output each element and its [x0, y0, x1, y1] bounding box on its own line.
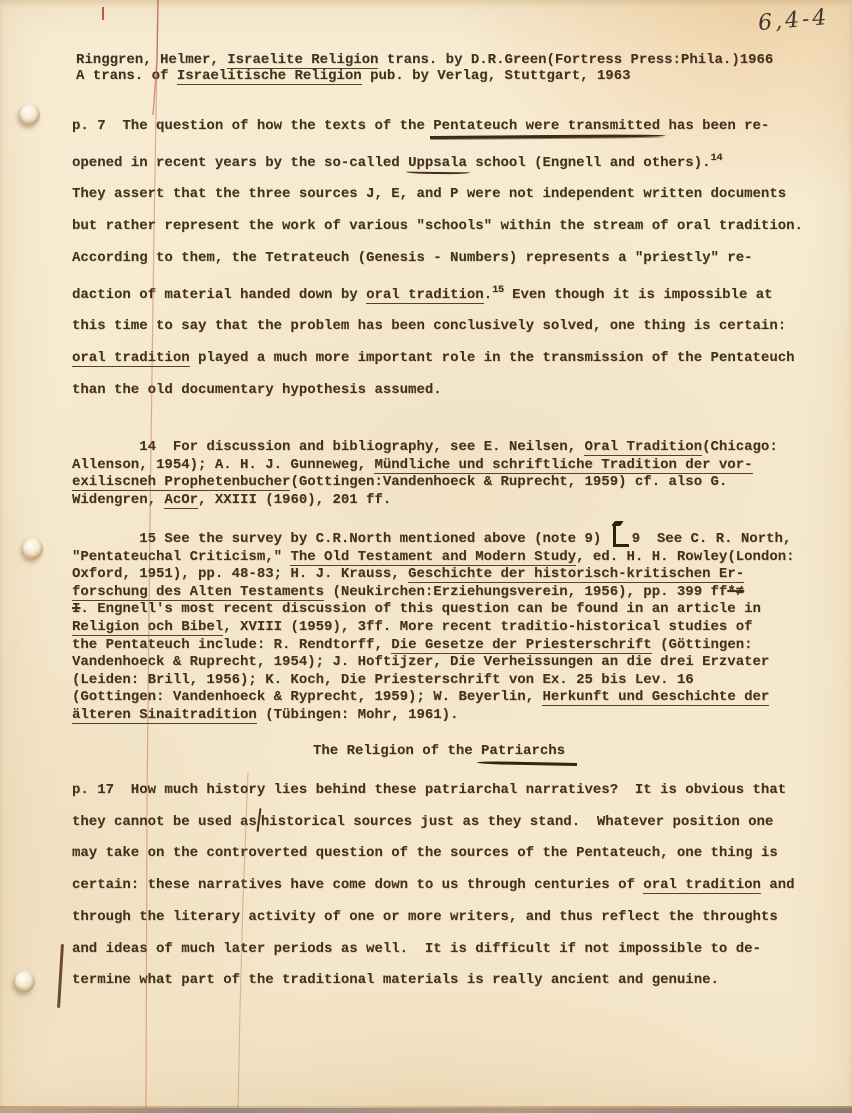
text-run: opened in recent years by the so-called: [72, 155, 408, 171]
text-run: 15: [492, 284, 504, 296]
text-line: oral tradition played a much more import…: [72, 343, 803, 375]
text-line: daction of material handed down by oral …: [72, 275, 803, 312]
text-run: oral tradition: [72, 350, 190, 367]
text-run: Vandenhoeck & Ruprecht, 1954); J. Hoftij…: [72, 654, 769, 670]
text-line: Ringgren, Helmer, Israelite Religion tra…: [76, 53, 773, 69]
text-line: 14 For discussion and bibliography, see …: [72, 439, 778, 457]
text-run: 9 See C. R. North,: [632, 531, 792, 547]
text-run: The Old Testament and Modern Study: [290, 549, 576, 566]
text-run: "Pentateuchal Criticism,": [72, 549, 290, 565]
text-run: Religion och Bibel: [72, 619, 223, 636]
text-run: According to them, the Tetrateuch (Genes…: [72, 250, 753, 266]
text-run: and: [761, 877, 795, 893]
text-line: A trans. of Israelitische Religion pub. …: [76, 69, 773, 85]
text-run: The Religion of the: [313, 743, 481, 759]
footnote-15: 15 See the survey by C.R.North mentioned…: [72, 524, 795, 725]
text-line: p. 7 The question of how the texts of th…: [72, 111, 803, 143]
citation-block: Ringgren, Helmer, Israelite Religion tra…: [76, 53, 773, 85]
text-run: Oral Tradition: [584, 439, 702, 456]
text-run: 14 For discussion and bibliography, see …: [72, 439, 584, 455]
text-run: . Engnell's most recent discussion of th…: [80, 601, 761, 617]
pen-margin-stroke: [57, 944, 64, 1008]
text-run: through the literary activity of one or …: [72, 909, 778, 925]
text-run: p. 17 How much history lies behind these…: [72, 782, 786, 798]
text-line: Widengren, AcOr, XXIII (1960), 201 ff.: [72, 492, 778, 510]
text-run: than the old documentary hypothesis assu…: [72, 382, 442, 398]
text-run: Ringgren, Helmer,: [76, 52, 227, 68]
text-run: trans. by D.R.Green(Fortress Press:Phila…: [378, 52, 773, 68]
text-run: Widengren,: [72, 492, 164, 508]
text-run: Israelitische Religion: [177, 68, 362, 85]
section-heading: The Religion of the Patriarchs: [313, 741, 565, 761]
text-line: (Gottingen: Vandenhoeck & Ryprecht, 1959…: [72, 689, 795, 707]
text-line: They assert that the three sources J, E,…: [72, 179, 803, 211]
text-line: and ideas of much later periods as well.…: [72, 934, 795, 966]
text-run: historical sources just as they stand. W…: [261, 814, 773, 830]
text-run: AcOr: [164, 492, 198, 509]
text-line: According to them, the Tetrateuch (Genes…: [72, 243, 803, 275]
paragraph-p7: p. 7 The question of how the texts of th…: [72, 111, 803, 406]
text-run: (Chicago:: [702, 439, 778, 455]
text-line: 15 See the survey by C.R.North mentioned…: [72, 524, 795, 549]
text-run: (Gottingen: Vandenhoeck & Ryprecht, 1959…: [72, 689, 542, 705]
text-run: , ed. H. H. Rowley(London:: [576, 549, 794, 565]
text-run: Mündliche und schriftliche Tradition der…: [374, 457, 752, 474]
text-run: school (Engnell and others).: [467, 155, 711, 171]
scanned-document-page: 6,4-4 Ringgren, Helmer, Israelite Religi…: [0, 0, 852, 1113]
text-line: the Pentateuch include: R. Rendtorff, Di…: [72, 637, 795, 655]
text-line: opened in recent years by the so-called …: [72, 143, 803, 180]
text-run: daction of material handed down by: [72, 287, 366, 303]
text-line: but rather represent the work of various…: [72, 211, 803, 243]
text-run: has been re-: [660, 118, 769, 134]
text-run: , XXIII (1960), 201 ff.: [198, 492, 391, 508]
text-run: oral tradition: [366, 287, 484, 304]
paragraph-p17: p. 17 How much history lies behind these…: [72, 775, 795, 997]
text-run: forschung des Alten Testaments: [72, 584, 324, 601]
text-line: "Pentateuchal Criticism," The Old Testam…: [72, 549, 795, 567]
text-run: pub. by Verlag, Stuttgart, 1963: [362, 68, 631, 84]
text-run: the Pentateuch include: R. Rendtorff,: [72, 637, 391, 653]
text-run: Israelite Religion: [227, 52, 378, 69]
text-run: exiliscneh Prophetenbucher: [72, 474, 290, 491]
text-run: (Gottingen:Vandenhoeck & Ruprecht, 1959)…: [290, 474, 727, 490]
handwritten-corner-mark: 6,4-4: [757, 5, 830, 36]
text-run: They assert that the three sources J, E,…: [72, 186, 786, 202]
text-run: (Tübingen: Mohr, 1961).: [257, 707, 459, 723]
text-line: The Religion of the Patriarchs: [313, 741, 565, 761]
text-run: Patriarchs: [481, 743, 565, 759]
text-line: (Leiden: Brill, 1956); K. Koch, Die Prie…: [72, 672, 795, 690]
punch-hole: [20, 104, 40, 125]
scan-bottom-edge: [0, 1108, 852, 1113]
text-run: , XVIII (1959), 3ff. More recent traditi…: [223, 619, 752, 635]
text-run: p. 7 The question of how the texts of th…: [72, 118, 433, 134]
text-run: Pentateuch were transmitted: [433, 118, 660, 134]
text-line: this time to say that the problem has be…: [72, 311, 803, 343]
text-line: Allenson, 1954); A. H. J. Gunneweg, Münd…: [72, 457, 778, 475]
text-run: Allenson, 1954); A. H. J. Gunneweg,: [72, 457, 374, 473]
text-run: they cannot be used as: [72, 814, 257, 830]
text-run: 14: [711, 152, 723, 164]
punch-hole: [15, 971, 35, 992]
text-run: Oxford, 1951), pp. 48-83; H. J. Krauss,: [72, 566, 408, 582]
text-run: 15 See the survey by C.R.North mentioned…: [72, 531, 610, 547]
text-line: through the literary activity of one or …: [72, 902, 795, 934]
text-run: (Göttingen:: [652, 637, 753, 653]
text-line: certain: these narratives have come down…: [72, 870, 795, 902]
text-run: A trans. of: [76, 68, 177, 84]
text-run: this time to say that the problem has be…: [72, 318, 786, 334]
text-run: played a much more important role in the…: [190, 350, 795, 366]
text-run: Geschichte der historisch-kritischen Er-: [408, 566, 744, 583]
text-run: *≠: [727, 584, 744, 600]
text-line: than the old documentary hypothesis assu…: [72, 375, 803, 407]
text-run: oral tradition: [643, 877, 761, 894]
punch-hole: [23, 538, 43, 559]
text-run: (Leiden: Brill, 1956); K. Koch, Die Prie…: [72, 672, 694, 688]
text-run: Even though it is impossible at: [504, 287, 773, 303]
text-line: may take on the controverted question of…: [72, 838, 795, 870]
text-line: termine what part of the traditional mat…: [72, 965, 795, 997]
text-run: but rather represent the work of various…: [72, 218, 803, 234]
red-crease-dash: [102, 7, 104, 20]
text-run: termine what part of the traditional mat…: [72, 972, 719, 988]
text-line: Oxford, 1951), pp. 48-83; H. J. Krauss, …: [72, 566, 795, 584]
text-line: exiliscneh Prophetenbucher(Gottingen:Van…: [72, 474, 778, 492]
text-run: .: [484, 287, 492, 303]
text-line: Religion och Bibel, XVIII (1959), 3ff. M…: [72, 619, 795, 637]
text-run: and ideas of much later periods as well.…: [72, 941, 761, 957]
text-line: älteren Sinaitradition (Tübingen: Mohr, …: [72, 707, 795, 725]
handwritten-insert-mark: [613, 524, 629, 547]
text-line: p. 17 How much history lies behind these…: [72, 775, 795, 807]
text-run: may take on the controverted question of…: [72, 845, 778, 861]
text-run: Uppsala: [408, 155, 467, 171]
text-run: Herkunft und Geschichte der: [542, 689, 769, 706]
text-line: forschung des Alten Testaments (Neukirch…: [72, 584, 795, 602]
text-line: they cannot be used ashistorical sources…: [72, 807, 795, 839]
text-run: Die Gesetze der Priesterschrift: [391, 637, 651, 654]
text-line: Vandenhoeck & Ruprecht, 1954); J. Hoftij…: [72, 654, 795, 672]
text-line: I. Engnell's most recent discussion of t…: [72, 601, 795, 619]
text-run: certain: these narratives have come down…: [72, 877, 643, 893]
text-run: älteren Sinaitradition: [72, 707, 257, 724]
text-run: (Neukirchen:Erziehungsverein, 1956), pp.…: [324, 584, 727, 600]
footnote-14: 14 For discussion and bibliography, see …: [72, 439, 778, 509]
